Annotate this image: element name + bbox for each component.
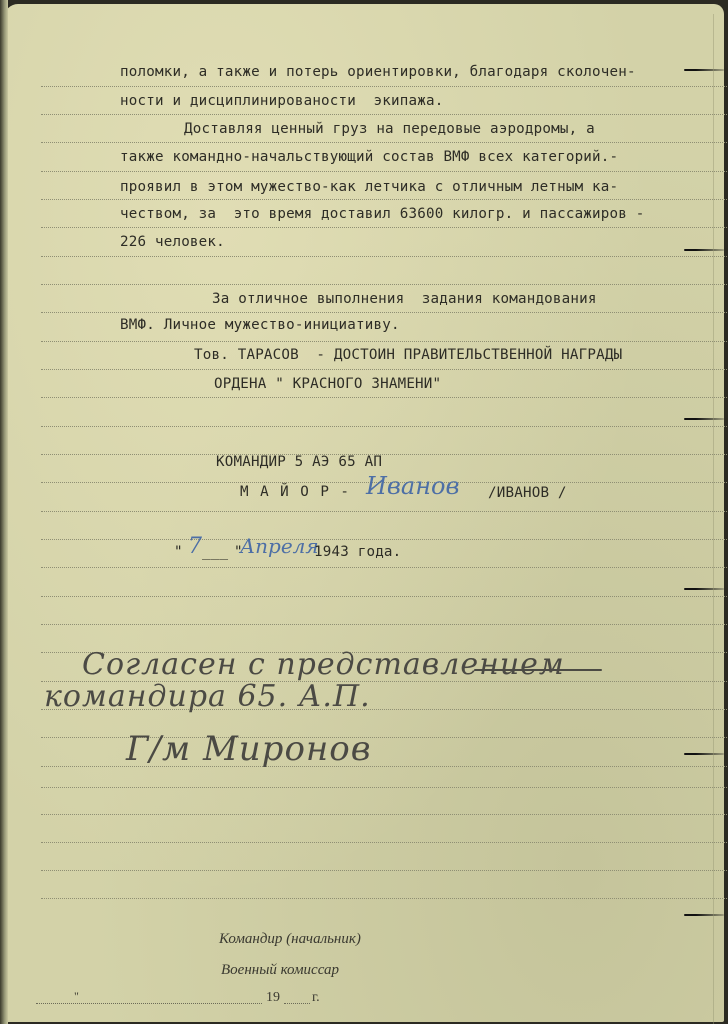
date-open-quote: " [174,544,183,560]
ruled-line [41,511,728,512]
page-fold [713,14,714,1024]
conclusion-line: За отличное выполнения задания командова… [212,291,597,307]
body-line: проявил в этом мужество-как летчика с от… [120,179,618,195]
approval-note-line2: командира 65. А.П. [44,679,371,714]
ruled-line [41,114,728,115]
award-recommendation: Тов. ТАРАСОВ - ДОСТОИН ПРАВИТЕЛЬСТВЕННОЙ… [194,347,622,363]
margin-mark [684,588,724,590]
footer-year-prefix: 19 [266,990,280,1006]
signer-position: КОМАНДИР 5 АЭ 65 АП [216,454,382,470]
commissar-label: Военный комиссар [221,962,339,979]
approval-signature: Г/м Миронов [126,729,372,769]
body-line: Доставляя ценный груз на передовые аэрод… [184,121,595,137]
date-line: " 7 ___ " Апреля 1943 года. [174,538,474,568]
date-month: Апреля [240,534,319,558]
margin-mark [684,249,724,251]
ruled-line [41,171,728,172]
date-day-blank: ___ [202,544,228,560]
ruled-line [41,787,728,788]
ruled-line [41,397,728,398]
binding-edge [0,0,8,1024]
ruled-line [41,256,728,257]
body-line: чеством, за это время доставил 63600 кил… [120,206,645,222]
ruled-line [41,842,728,843]
ruled-line [41,369,728,370]
margin-mark [684,753,724,755]
ruled-line [41,814,728,815]
ruled-line [41,312,728,313]
ruled-line [41,86,728,87]
footer-year-suffix: г. [312,990,320,1006]
ruled-line [41,142,728,143]
body-line: ности и дисциплинированости экипажа. [120,93,443,109]
ruled-line [41,341,728,342]
approval-note-line1: Согласен с представлением [82,647,565,682]
body-line: поломки, а также и потерь ориентировки, … [120,64,636,80]
signer-name: /ИВАНОВ / [488,485,567,501]
commander-label: Командир (начальник) [219,931,361,948]
body-line: 226 человек. [120,234,225,250]
date-year: 1943 года. [314,544,401,560]
signer-rank: М А Й О Р - [240,484,350,500]
conclusion-line: ВМФ. Личное мужество-инициативу. [120,317,400,333]
ruled-line [41,426,728,427]
ruled-line [41,199,728,200]
ruled-line [41,284,728,285]
ruled-line [41,227,728,228]
approval-underline [474,669,602,671]
body-line: также командно-начальствующий состав ВМФ… [120,149,618,165]
ruled-line [41,624,728,625]
date-day: 7 [188,534,202,559]
ruled-line [41,454,728,455]
award-name: ОРДЕНА " КРАСНОГО ЗНАМЕНИ" [214,376,441,392]
ruled-line [41,898,728,899]
margin-mark [684,69,724,71]
footer-date-quote: " [74,989,79,1004]
footer-date-rule [36,1003,262,1004]
margin-mark [684,418,724,420]
handwritten-signature: Иванов [366,472,459,500]
document-page: поломки, а также и потерь ориентировки, … [4,4,724,1022]
margin-mark [684,914,724,916]
ruled-line [41,596,728,597]
footer-year-rule [284,1003,310,1004]
ruled-line [41,870,728,871]
